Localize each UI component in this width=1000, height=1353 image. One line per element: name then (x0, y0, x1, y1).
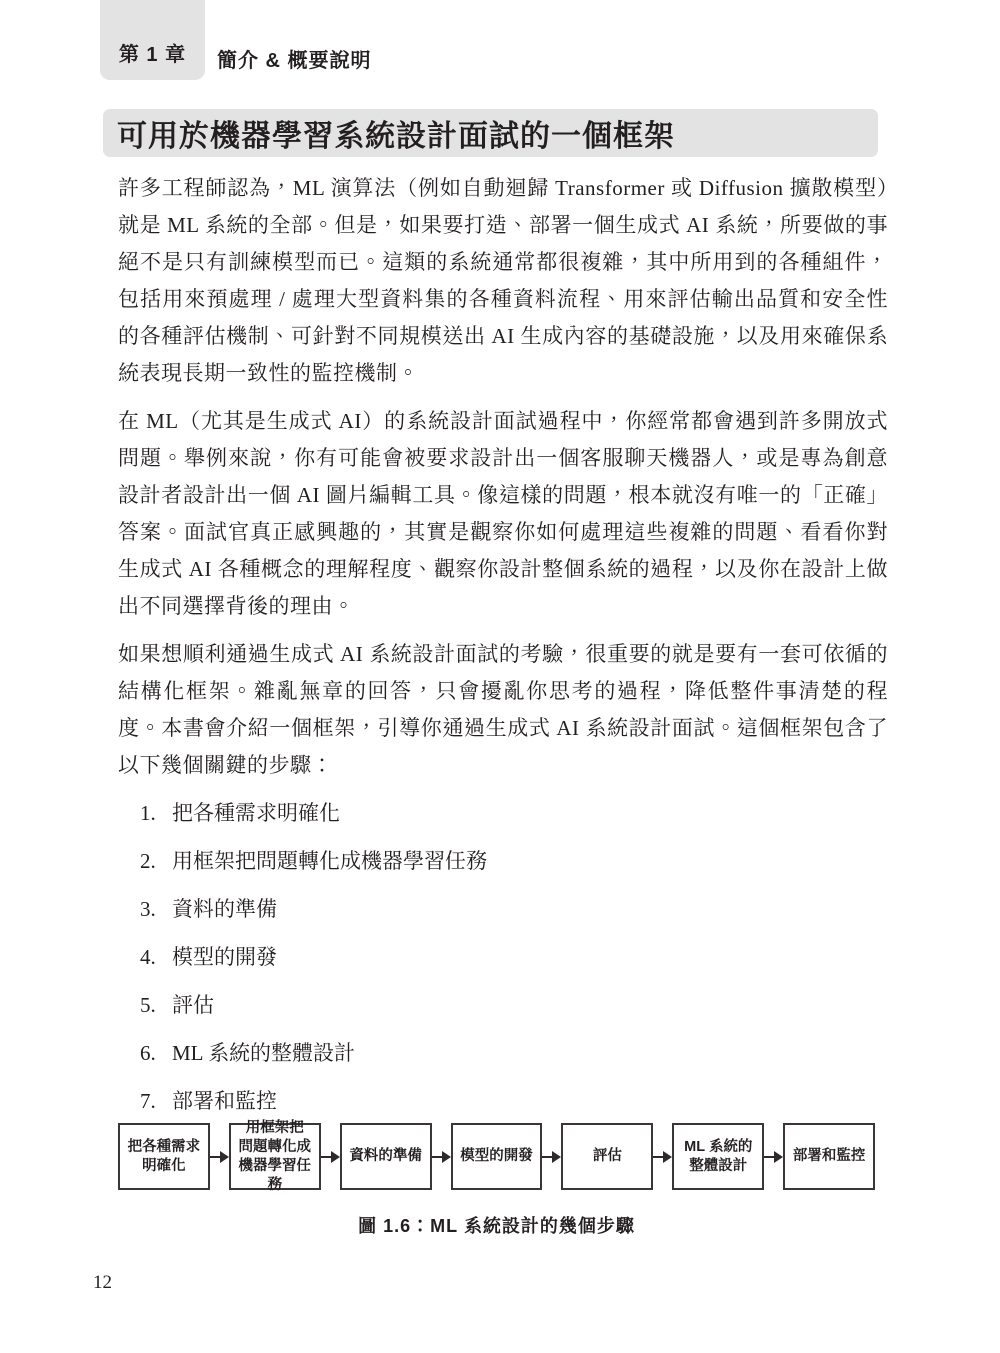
right-arrow-icon (764, 1123, 783, 1190)
paragraph: 如果想順利通過生成式 AI 系統設計面試的考驗，很重要的就是要有一套可依循的結構… (118, 636, 888, 784)
list-item: 部署和監控 (118, 1083, 888, 1120)
paragraph: 在 ML（尤其是生成式 AI）的系統設計面試過程中，你經常都會遇到許多開放式問題… (118, 403, 888, 625)
section-title-bar: 可用於機器學習系統設計面試的一個框架 (103, 109, 878, 157)
flow-box-frame-as-ml-task: 用框架把 問題轉化成 機器學習任務 (229, 1123, 321, 1190)
chapter-running-title: 簡介 & 概要說明 (217, 44, 372, 73)
list-item: 把各種需求明確化 (118, 795, 888, 832)
page-number: 12 (93, 1272, 112, 1294)
framework-steps-list: 把各種需求明確化 用框架把問題轉化成機器學習任務 資料的準備 模型的開發 評估 … (118, 795, 888, 1120)
list-item: ML 系統的整體設計 (118, 1035, 888, 1072)
paragraph: 許多工程師認為，ML 演算法（例如自動迴歸 Transformer 或 Diff… (118, 170, 888, 392)
body-content: 許多工程師認為，ML 演算法（例如自動迴歸 Transformer 或 Diff… (118, 170, 888, 1131)
figure-caption: 圖 1.6：ML 系統設計的幾個步驟 (118, 1212, 875, 1238)
list-item: 模型的開發 (118, 939, 888, 976)
list-item: 用框架把問題轉化成機器學習任務 (118, 843, 888, 880)
chapter-tab: 第 1 章 (100, 0, 205, 80)
section-title: 可用於機器學習系統設計面試的一個框架 (117, 111, 675, 155)
flow-box-evaluation: 評估 (561, 1123, 653, 1190)
chapter-label: 第 1 章 (119, 38, 186, 67)
book-page: { "colors": { "band_gray": "#e3e3e3", "t… (0, 0, 1000, 1353)
right-arrow-icon (432, 1123, 451, 1190)
right-arrow-icon (210, 1123, 229, 1190)
right-arrow-icon (542, 1123, 561, 1190)
right-arrow-icon (653, 1123, 672, 1190)
flow-box-data-preparation: 資料的準備 (340, 1123, 432, 1190)
flow-box-ml-system-design: ML 系統的 整體設計 (672, 1123, 764, 1190)
flow-box-deploy-monitor: 部署和監控 (783, 1123, 875, 1190)
flow-box-model-development: 模型的開發 (451, 1123, 543, 1190)
list-item: 評估 (118, 987, 888, 1024)
list-item: 資料的準備 (118, 891, 888, 928)
flow-diagram: 把各種需求 明確化 用框架把 問題轉化成 機器學習任務 資料的準備 模型的開發 … (118, 1123, 875, 1190)
right-arrow-icon (321, 1123, 340, 1190)
flow-box-clarify-requirements: 把各種需求 明確化 (118, 1123, 210, 1190)
figure-1-6: 把各種需求 明確化 用框架把 問題轉化成 機器學習任務 資料的準備 模型的開發 … (118, 1123, 875, 1238)
